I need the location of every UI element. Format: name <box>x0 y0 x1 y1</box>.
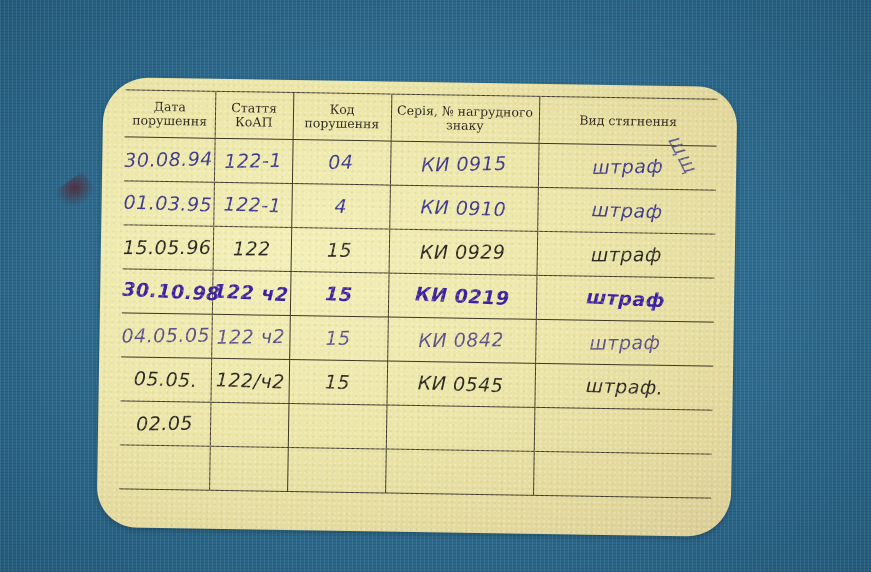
handwritten-date: 15.05.96 <box>123 236 212 258</box>
cell-badge: КИ 0910 <box>389 185 538 231</box>
handwritten-badge: КИ 0915 <box>421 152 507 176</box>
handwritten-code: 15 <box>325 283 354 306</box>
handwritten-penalty: штраф <box>591 199 663 223</box>
ink-stain <box>50 171 100 219</box>
handwritten-article: 122-1 <box>223 193 281 217</box>
cell-penalty: штраф <box>537 231 716 278</box>
cell-penalty: штраф. <box>534 363 713 410</box>
handwritten-code: 15 <box>325 371 351 394</box>
cell-badge: КИ 0915 <box>390 141 539 187</box>
violations-table: Дата порушення Стаття КоАП Код порушення… <box>119 89 717 498</box>
header-date: Дата порушення <box>125 90 216 138</box>
cell-code: 15 <box>291 228 390 274</box>
cell-article: 122 ч2 <box>212 270 291 315</box>
cell-badge <box>386 405 535 451</box>
cell-date: 05.05. <box>120 357 211 402</box>
cell-code: 04 <box>292 140 391 186</box>
header-article: Стаття КоАП <box>215 91 294 139</box>
cell-date: 30.08.94 <box>124 137 215 182</box>
cell-article: 122 ч2 <box>211 314 290 359</box>
handwritten-badge: КИ 0219 <box>414 283 509 310</box>
record-card: Дата порушення Стаття КоАП Код порушення… <box>97 77 738 537</box>
cell-date: 30.10.98 <box>122 269 213 314</box>
handwritten-article: 122/ч2 <box>215 369 285 393</box>
table-row <box>119 445 712 498</box>
handwritten-penalty: штраф <box>589 331 660 354</box>
cell-article: 122 <box>213 226 292 271</box>
handwritten-code: 4 <box>334 195 347 217</box>
cell-code: 15 <box>289 316 388 362</box>
cell-badge: КИ 0842 <box>387 317 536 363</box>
header-code: Код порушення <box>293 93 392 142</box>
cell-penalty: штраф <box>537 187 716 234</box>
header-penalty: Вид стягнення <box>539 96 718 146</box>
handwritten-date: 02.05 <box>136 412 193 435</box>
cell-code <box>287 447 386 493</box>
handwritten-penalty: штраф. <box>585 374 663 399</box>
cell-article <box>210 402 289 447</box>
cell-article: 122/ч2 <box>210 358 289 403</box>
cell-code: 4 <box>291 184 390 230</box>
handwritten-article: 122 <box>233 238 271 260</box>
cell-article: 122-1 <box>214 138 293 183</box>
cell-badge: КИ 0219 <box>388 273 537 319</box>
cell-badge <box>385 449 534 495</box>
handwritten-article: 122 ч2 <box>213 280 290 306</box>
handwritten-badge: КИ 0545 <box>418 372 504 397</box>
cell-code: 15 <box>290 272 389 318</box>
cell-article: 122-1 <box>213 182 292 227</box>
cell-code: 15 <box>288 359 387 405</box>
cell-penalty <box>534 407 713 454</box>
handwritten-badge: КИ 0910 <box>420 196 506 221</box>
handwritten-date: 04.05.05 <box>122 324 211 347</box>
handwritten-date: 01.03.95 <box>124 191 213 216</box>
handwritten-date: 30.08.94 <box>125 148 214 172</box>
cell-date: 15.05.96 <box>123 225 214 270</box>
cell-code <box>288 403 387 449</box>
handwritten-penalty: штраф <box>592 155 663 178</box>
handwritten-date: 30.10.98 <box>122 278 221 305</box>
cell-penalty <box>533 451 712 498</box>
cell-penalty: штраф <box>535 319 714 366</box>
handwritten-code: 15 <box>327 239 352 261</box>
cell-badge: КИ 0545 <box>386 361 535 407</box>
cell-badge: КИ 0929 <box>389 229 538 275</box>
cell-date: 02.05 <box>120 401 211 446</box>
cell-article <box>209 446 288 491</box>
cell-date: 04.05.05 <box>121 313 212 358</box>
handwritten-code: 04 <box>328 151 354 173</box>
handwritten-penalty: штраф <box>591 244 662 266</box>
handwritten-article: 122 ч2 <box>216 326 285 349</box>
cell-date <box>119 445 210 490</box>
cell-date: 01.03.95 <box>123 181 214 226</box>
handwritten-date: 05.05. <box>134 368 198 392</box>
handwritten-penalty: штраф <box>585 286 665 312</box>
handwritten-badge: КИ 0929 <box>420 241 506 263</box>
handwritten-article: 122-1 <box>224 149 282 172</box>
cell-penalty: штраф <box>536 275 715 322</box>
handwritten-code: 15 <box>326 327 351 349</box>
header-badge: Серія, № нагрудного знаку <box>391 94 540 143</box>
handwritten-badge: КИ 0842 <box>419 329 505 352</box>
